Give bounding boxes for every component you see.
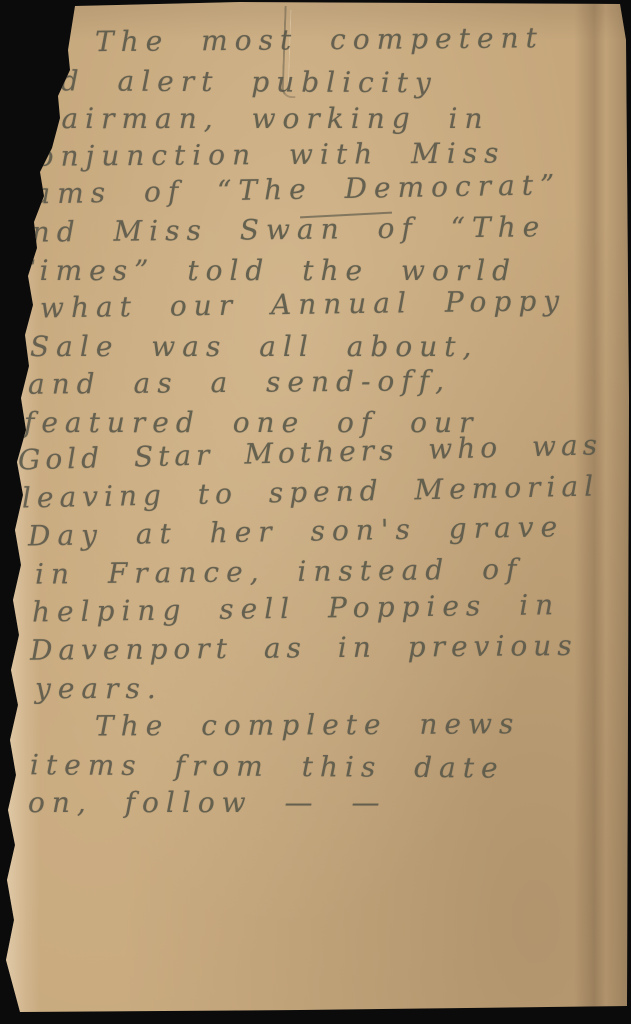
handwritten-line: on, follow — — (0, 784, 631, 822)
handwritten-line: The complete news (0, 705, 631, 746)
paper-sheet: The most competent and alert publicity C… (0, 0, 631, 1024)
handwritten-line: what our Annual Poppy (0, 281, 631, 328)
handwritten-line: and alert publicity (0, 62, 631, 103)
handwritten-line: The most competent (0, 18, 631, 62)
handwritten-line: items from this date (0, 746, 631, 788)
handwritten-line: Davenport as in previous (0, 626, 631, 670)
handwritten-line: and Miss Swan of “The (0, 207, 631, 252)
handwritten-line: Sale was all about, (0, 328, 631, 366)
handwriting-block: The most competent and alert publicity C… (0, 24, 631, 822)
handwritten-line: helping sell Poppies in (0, 585, 631, 632)
handwritten-line: and as a send-off, (0, 360, 631, 404)
scan-background: { "document": { "lines": [ "The most com… (0, 0, 631, 1024)
handwritten-line: Chairman, working in (0, 100, 631, 138)
handwritten-line: years. (0, 670, 631, 708)
